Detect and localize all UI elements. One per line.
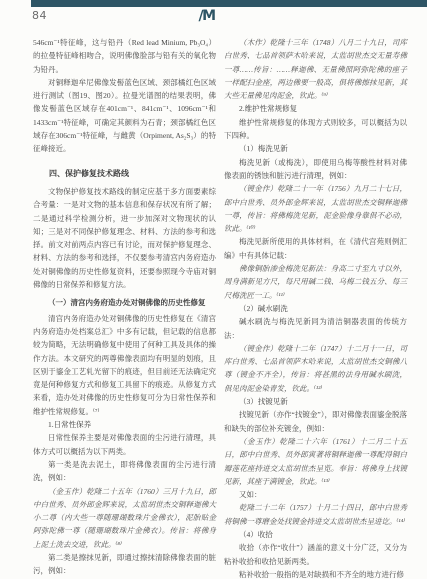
paragraph: 文物保护修复技术路线的制定应基于多方面要素综合考量：一是对文物的基本信息和保存状… xyxy=(33,185,216,291)
archive-quote: （金玉作）乾隆二十五年（1760）三月十九日，郎中白世秀、员外郎金辉来说，太监胡… xyxy=(33,485,216,551)
section-heading: 四、保护修复技术路线 xyxy=(33,167,216,180)
list-heading: （3）找镀见新 xyxy=(224,395,407,408)
archive-quote: （金玉作）乾隆二十六年（1761）十二月二十五日，郎中白世秀、员外郎寅著将铜释迦… xyxy=(224,435,407,488)
paragraph: 第二类是擦抹见新，即通过擦抹清除佛像表面的脏污，例如： xyxy=(33,551,216,578)
subsection-heading: （一）清宫内务府造办处对铜佛像的历史性修复 xyxy=(33,296,216,309)
header-accent-bar xyxy=(31,0,427,7)
list-heading: 1.日常性保养 xyxy=(33,418,216,431)
paragraph: 对铜释迦牟尼佛像发髻蓝色区域、颈部橘红色区域进行测试（图19、图20）。拉曼光谱… xyxy=(33,76,216,156)
left-column: 546cm⁻¹特征峰，这与铅丹（Red lead Minium, Pb₃O₄）的… xyxy=(33,36,216,579)
list-heading: （4）收拾 xyxy=(224,528,407,541)
archive-quote: （镀金作）乾隆二十一年（1756）九月二十七日，郎中白世秀、员外郎金辉来说，太监… xyxy=(224,182,407,235)
paragraph: 又如： xyxy=(224,488,407,501)
list-heading: （2）碱水刷洗 xyxy=(224,302,407,315)
paragraph: 找镀见新（亦作“找镀金”），即对佛像表面鎏金脱落和缺失的部位补充镀金，例如： xyxy=(224,408,407,435)
paragraph: 收拾（亦作“收什”）涵盖的意义十分广泛，又分为粘补收拾和收拾见新两类。 xyxy=(224,541,407,568)
paragraph: 第一类是洗去泥土，即将佛像表面的尘污进行清洗，例如： xyxy=(33,458,216,485)
paragraph: 日常性保养主要是对佛像表面的尘污进行清理，具体方式可以概括为以下两类。 xyxy=(33,431,216,458)
list-heading: 2.维护性常规修复 xyxy=(224,102,407,115)
document-page: 84 ∕M 546cm⁻¹特征峰，这与铅丹（Red lead Minium, P… xyxy=(0,0,427,579)
right-column: （木作）乾隆十三年（1748）八月二十九日，司库白世秀、七品首领萨木哈来说，太监… xyxy=(224,36,407,579)
archive-quote: （镀金作）乾隆十二年（1747）十二月十一日，司库白世秀、七品首领萨木哈来说，太… xyxy=(224,342,407,395)
paragraph: 546cm⁻¹特征峰，这与铅丹（Red lead Minium, Pb₃O₄）的… xyxy=(33,36,216,76)
paragraph: 碱水刷洗与梅洗见新同为清洁铜器表面的传统方法： xyxy=(224,315,407,342)
paragraph: 梅洗见新（或梅洗），即使用乌梅等酸性材料对佛像表面的锈蚀和脏污进行清理，例如： xyxy=(224,156,407,183)
paragraph: 维护性常规修复的体现方式则较多，可以概括为以下四种。 xyxy=(224,116,407,143)
paragraph: 清宫内务府造办处对铜佛像的历史性修复在《清宫内务府造办处档案总汇》中多有记载，但… xyxy=(33,312,216,418)
archive-quote: 佛像铜胎渗金梅洗见新法：身高二寸至九寸以外，周身满新见方尺，每尺用碱二钱、乌梅二… xyxy=(224,262,407,302)
archive-quote: （木作）乾隆十三年（1748）八月二十九日，司库白世秀、七品首领萨木哈来说，太监… xyxy=(224,36,407,102)
two-column-text: 546cm⁻¹特征峰，这与铅丹（Red lead Minium, Pb₃O₄）的… xyxy=(33,36,407,579)
paragraph: 粘补收拾一般指的是对缺损和不齐全的地方进行修 xyxy=(224,568,407,579)
list-heading: （1）梅洗见新 xyxy=(224,142,407,155)
archive-quote: 乾隆二十二年（1757）十月二十四日，郎中白世秀将铜佛一尊磨金处找镀金持进交太监… xyxy=(224,501,407,528)
publisher-logo: ∕M xyxy=(0,8,413,24)
paragraph: 梅洗见新所使用的具体材料，在《清代宫苑则例汇编》中有具体记载： xyxy=(224,235,407,262)
